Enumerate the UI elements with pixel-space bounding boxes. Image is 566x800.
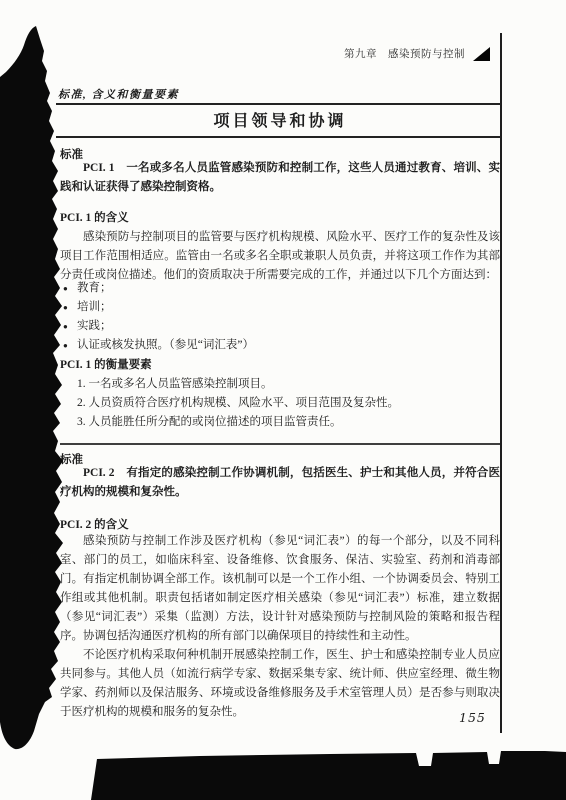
- bullet-text: 实践；: [77, 317, 112, 336]
- bottom-scan-artifact-bar: [0, 750, 566, 800]
- section-divider: [60, 443, 500, 445]
- bullet-icon: ●: [63, 298, 77, 317]
- bullet-icon: ●: [63, 336, 77, 355]
- bullet-text: 培训；: [77, 298, 112, 317]
- list-item: ● 培训；: [63, 298, 500, 317]
- bullet-text: 教育；: [77, 279, 112, 298]
- running-header: 标准, 含义和衡量要素: [58, 86, 179, 102]
- list-item: ● 教育；: [63, 279, 500, 298]
- intent-1-paragraph: 感染预防与控制项目的监管要与医疗机构规模、风险水平、医疗工作的复杂性及该项目工作…: [60, 228, 500, 285]
- bullet-text: 认证或核发执照。（参见“词汇表”）: [77, 336, 254, 355]
- measures-1-list: 1. 一名或多名人员监管感染控制项目。 2. 人员资质符合医疗机构规模、风险水平…: [77, 375, 500, 432]
- standard-1-text: PCI. 1 一名或多名人员监管感染预防和控制工作，这些人员通过教育、培训、实践…: [60, 159, 500, 197]
- intent-1-bullet-list: ● 教育； ● 培训； ● 实践； ● 认证或核发执照。（参见“词汇表”）: [63, 279, 500, 355]
- chapter-header-text: 第九章 感染预防与控制: [344, 46, 465, 61]
- intent-2-paragraph-2: 不论医疗机构采取何种机制开展感染控制工作，医生、护士和感染控制专业人员应共同参与…: [60, 646, 500, 722]
- bullet-icon: ●: [63, 279, 77, 298]
- right-margin-scan-line: [500, 33, 502, 733]
- intent-1-heading: PCI. 1 的含义: [60, 209, 500, 228]
- list-item: 1. 一名或多名人员监管感染控制项目。: [77, 375, 500, 394]
- intent-2-paragraphs: 感染预防与控制工作涉及医疗机构（参见“词汇表”）的每一个部分，以及不同科室、部门…: [60, 532, 500, 722]
- intent-2-paragraph-1: 感染预防与控制工作涉及医疗机构（参见“词汇表”）的每一个部分，以及不同科室、部门…: [60, 532, 500, 646]
- page-title: 项目领导和协调: [60, 108, 500, 131]
- standard-2-text: PCI. 2 有指定的感染控制工作协调机制，包括医生、护士和其他人员，并符合医疗…: [60, 464, 500, 502]
- chapter-corner-triangle-icon: [473, 47, 490, 61]
- measures-1-heading: PCI. 1 的衡量要素: [60, 356, 500, 375]
- list-item: 3. 人员能胜任所分配的或岗位描述的项目监管责任。: [77, 413, 500, 432]
- title-divider: [56, 136, 501, 138]
- chapter-header: 第九章 感染预防与控制: [290, 46, 490, 61]
- header-divider: [56, 103, 501, 105]
- list-item: ● 实践；: [63, 317, 500, 336]
- page-number: 155: [459, 710, 486, 725]
- list-item: 2. 人员资质符合医疗机构规模、风险水平、项目范围及复杂性。: [77, 394, 500, 413]
- bullet-icon: ●: [63, 317, 77, 336]
- scanned-book-page: 第九章 感染预防与控制 标准, 含义和衡量要素 项目领导和协调 标准 PCI. …: [0, 0, 566, 800]
- list-item: ● 认证或核发执照。（参见“词汇表”）: [63, 336, 500, 355]
